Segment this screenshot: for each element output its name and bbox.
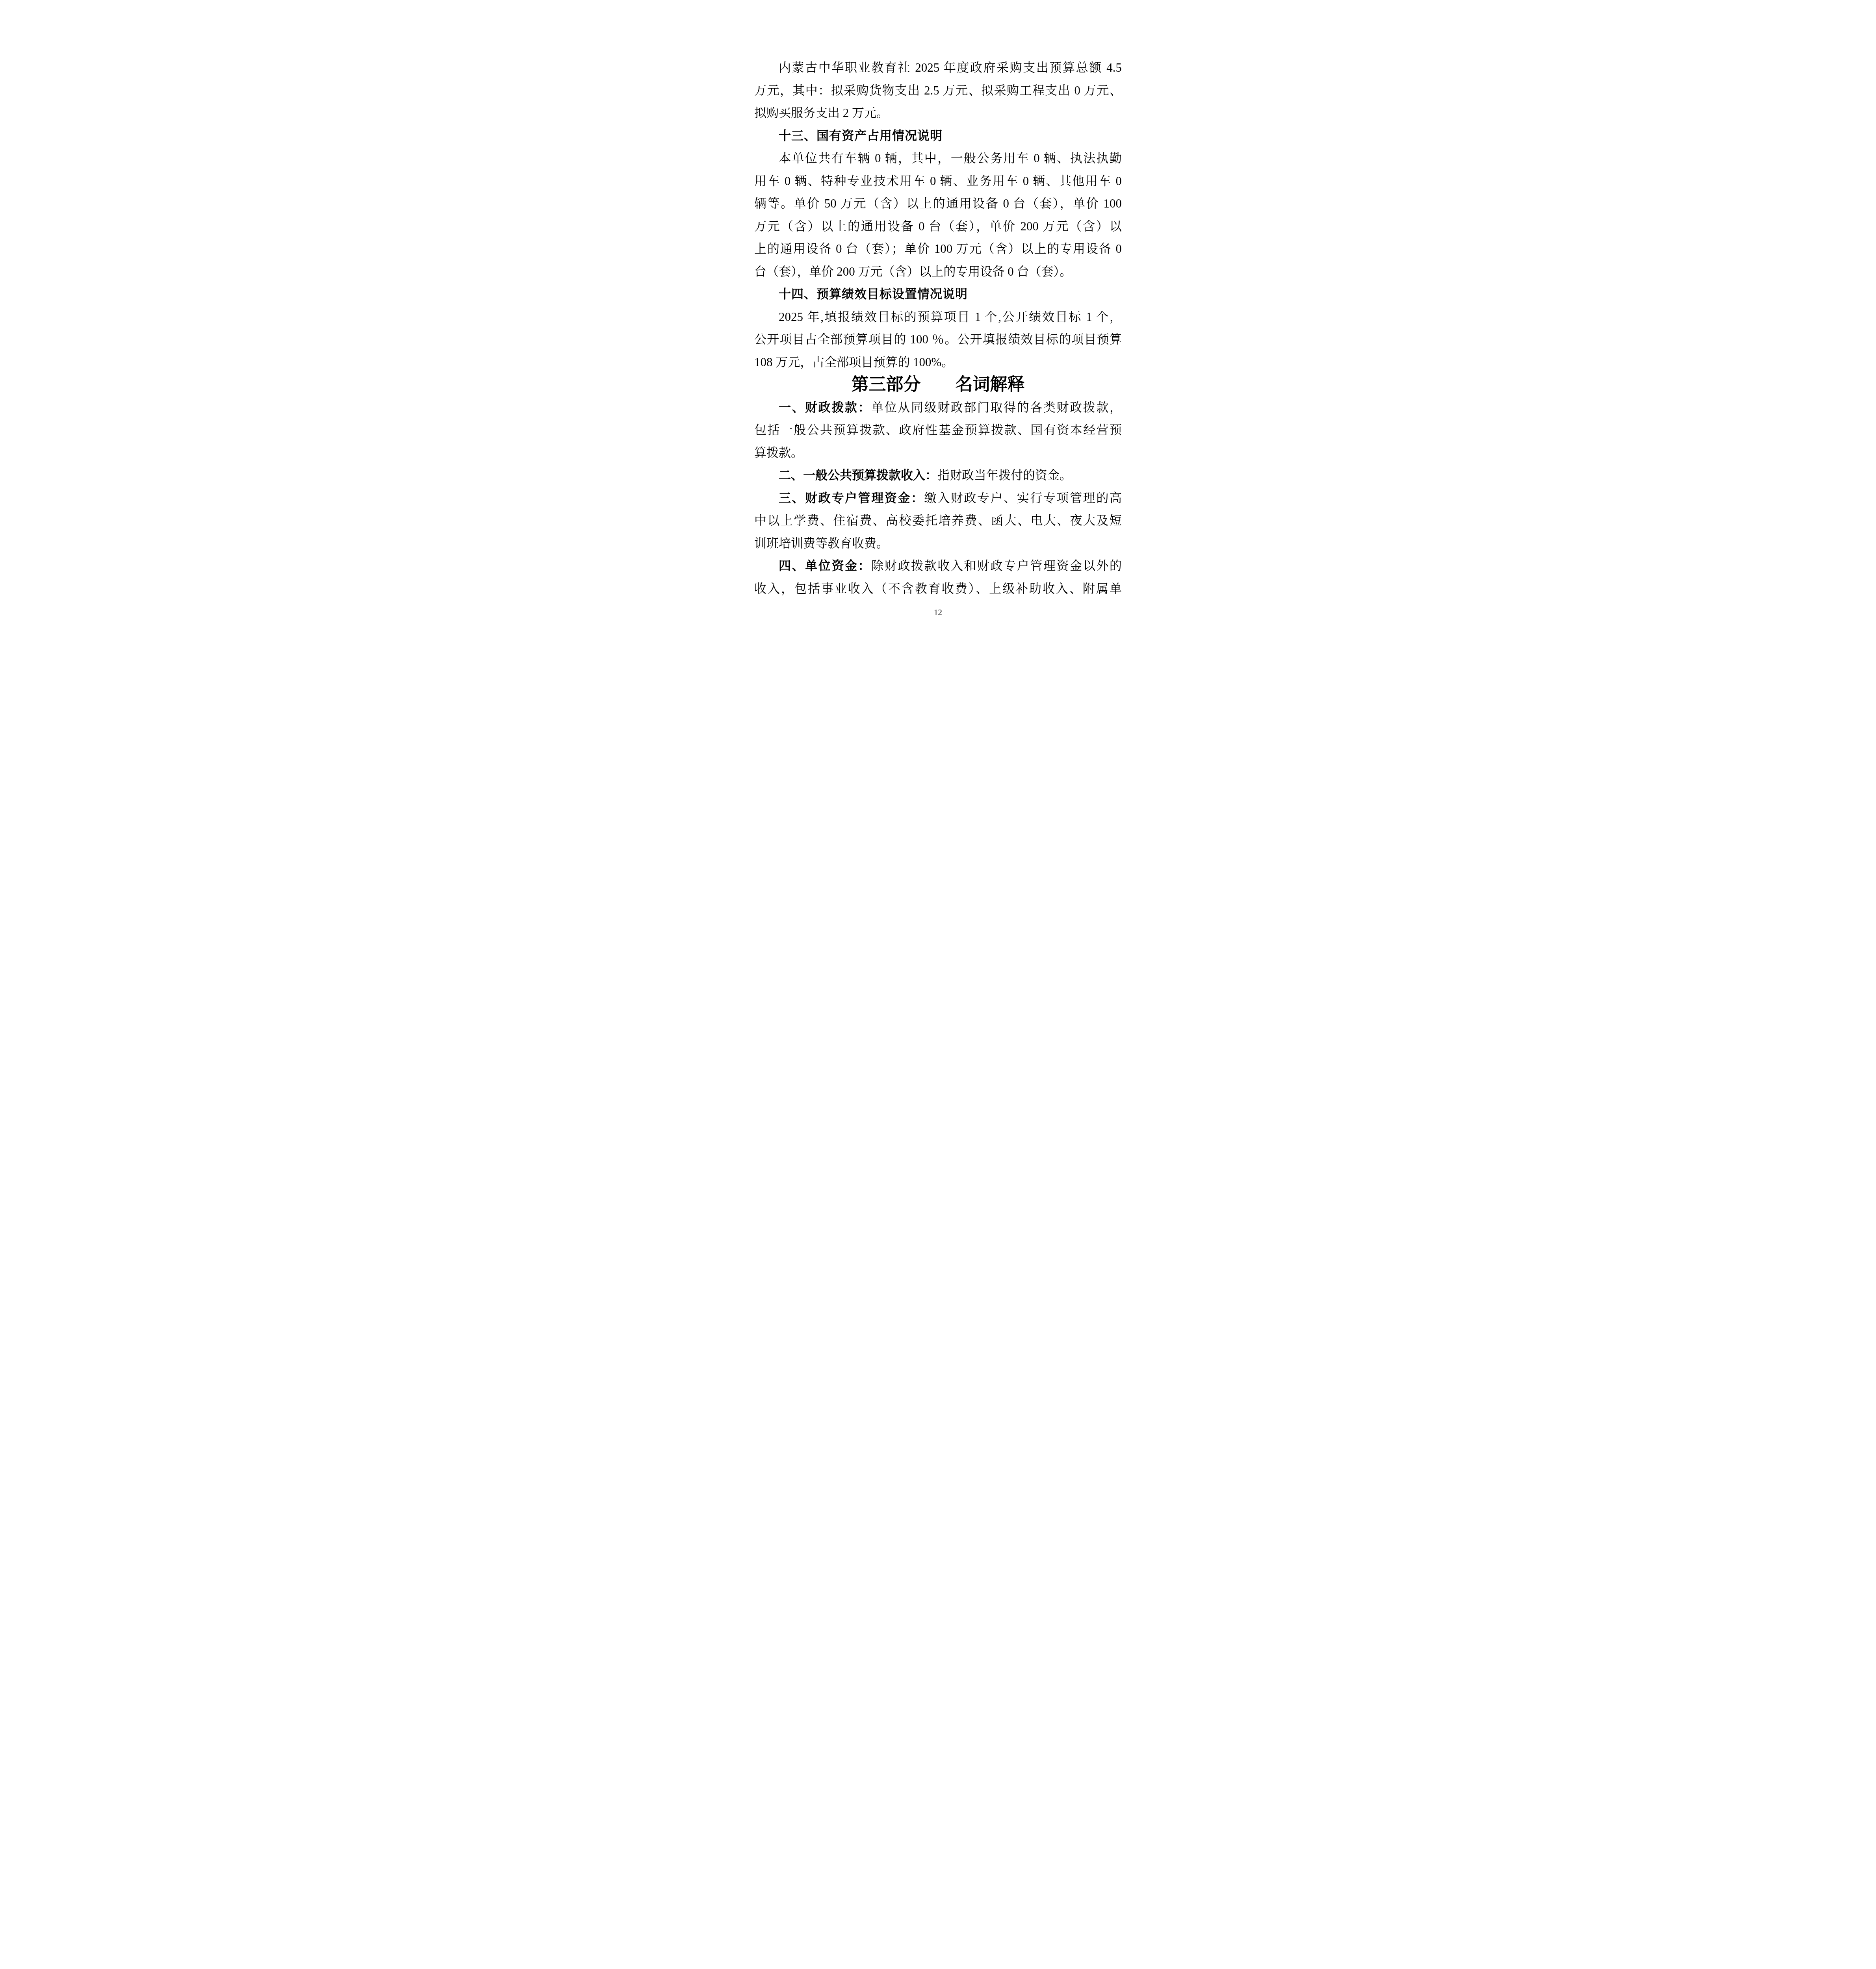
text-line: 2025 年,填报绩效目标的预算项目 1 个,公开绩效目标 1 个， [754,306,1122,328]
page-number: 12 [703,606,1173,618]
page-body: 内蒙古中华职业教育社 2025 年度政府采购支出预算总额 4.5万元，其中：拟采… [754,56,1122,600]
term-label: 三、财政专户管理资金： [779,491,924,505]
text-line: 用车 0 辆、特种专业技术用车 0 辆、业务用车 0 辆、其他用车 0 [754,170,1122,193]
term-definition: 指财政当年拨付的资金。 [937,468,1072,482]
text-line: 万元，其中：拟采购货物支出 2.5 万元、拟采购工程支出 0 万元、 [754,79,1122,102]
text-line: 本单位共有车辆 0 辆，其中，一般公务用车 0 辆、执法执勤 [754,147,1122,170]
part-title: 第三部分 名词解释 [754,373,1122,396]
text-line: 四、单位资金：除财政拨款收入和财政专户管理资金以外的 [754,554,1122,577]
text-line: 拟购买服务支出 2 万元。 [754,102,1122,124]
term-definition: 单位从同级财政部门取得的各类财政拨款， [871,400,1122,414]
text-line: 上的通用设备 0 台（套）；单价 100 万元（含）以上的专用设备 0 [754,237,1122,260]
text-line: 万元（含）以上的通用设备 0 台（套），单价 200 万元（含）以 [754,215,1122,238]
text-line: 108 万元，占全部项目预算的 100%。 [754,351,1122,374]
term-label: 二、一般公共预算拨款收入： [779,468,937,482]
text-line: 包括一般公共预算拨款、政府性基金预算拨款、国有资本经营预 [754,419,1122,441]
text-line: 台（套），单价 200 万元（含）以上的专用设备 0 台（套）。 [754,260,1122,283]
text-line: 辆等。单价 50 万元（含）以上的通用设备 0 台（套），单价 100 [754,192,1122,215]
text-line: 中以上学费、住宿费、高校委托培养费、函大、电大、夜大及短 [754,509,1122,532]
text-line: 三、财政专户管理资金：缴入财政专户、实行专项管理的高 [754,487,1122,510]
text-line: 算拨款。 [754,441,1122,464]
text-line: 训班培训费等教育收费。 [754,532,1122,555]
text-line: 内蒙古中华职业教育社 2025 年度政府采购支出预算总额 4.5 [754,56,1122,79]
text-line: 收入，包括事业收入（不含教育收费）、上级补助收入、附属单 [754,577,1122,600]
section-heading: 十四、预算绩效目标设置情况说明 [754,283,1122,306]
text-line: 二、一般公共预算拨款收入：指财政当年拨付的资金。 [754,464,1122,487]
text-lines: 内蒙古中华职业教育社 2025 年度政府采购支出预算总额 4.5万元，其中：拟采… [754,56,1122,600]
term-label: 一、财政拨款： [779,400,871,414]
text-line: 公开项目占全部预算项目的 100 ％。公开填报绩效目标的项目预算 [754,328,1122,351]
term-label: 四、单位资金： [779,559,871,573]
section-heading: 十三、国有资产占用情况说明 [754,124,1122,147]
text-line: 一、财政拨款：单位从同级财政部门取得的各类财政拨款， [754,396,1122,419]
term-definition: 缴入财政专户、实行专项管理的高 [924,491,1122,505]
term-definition: 除财政拨款收入和财政专户管理资金以外的 [871,559,1122,573]
document-page: 内蒙古中华职业教育社 2025 年度政府采购支出预算总额 4.5万元，其中：拟采… [703,0,1173,663]
